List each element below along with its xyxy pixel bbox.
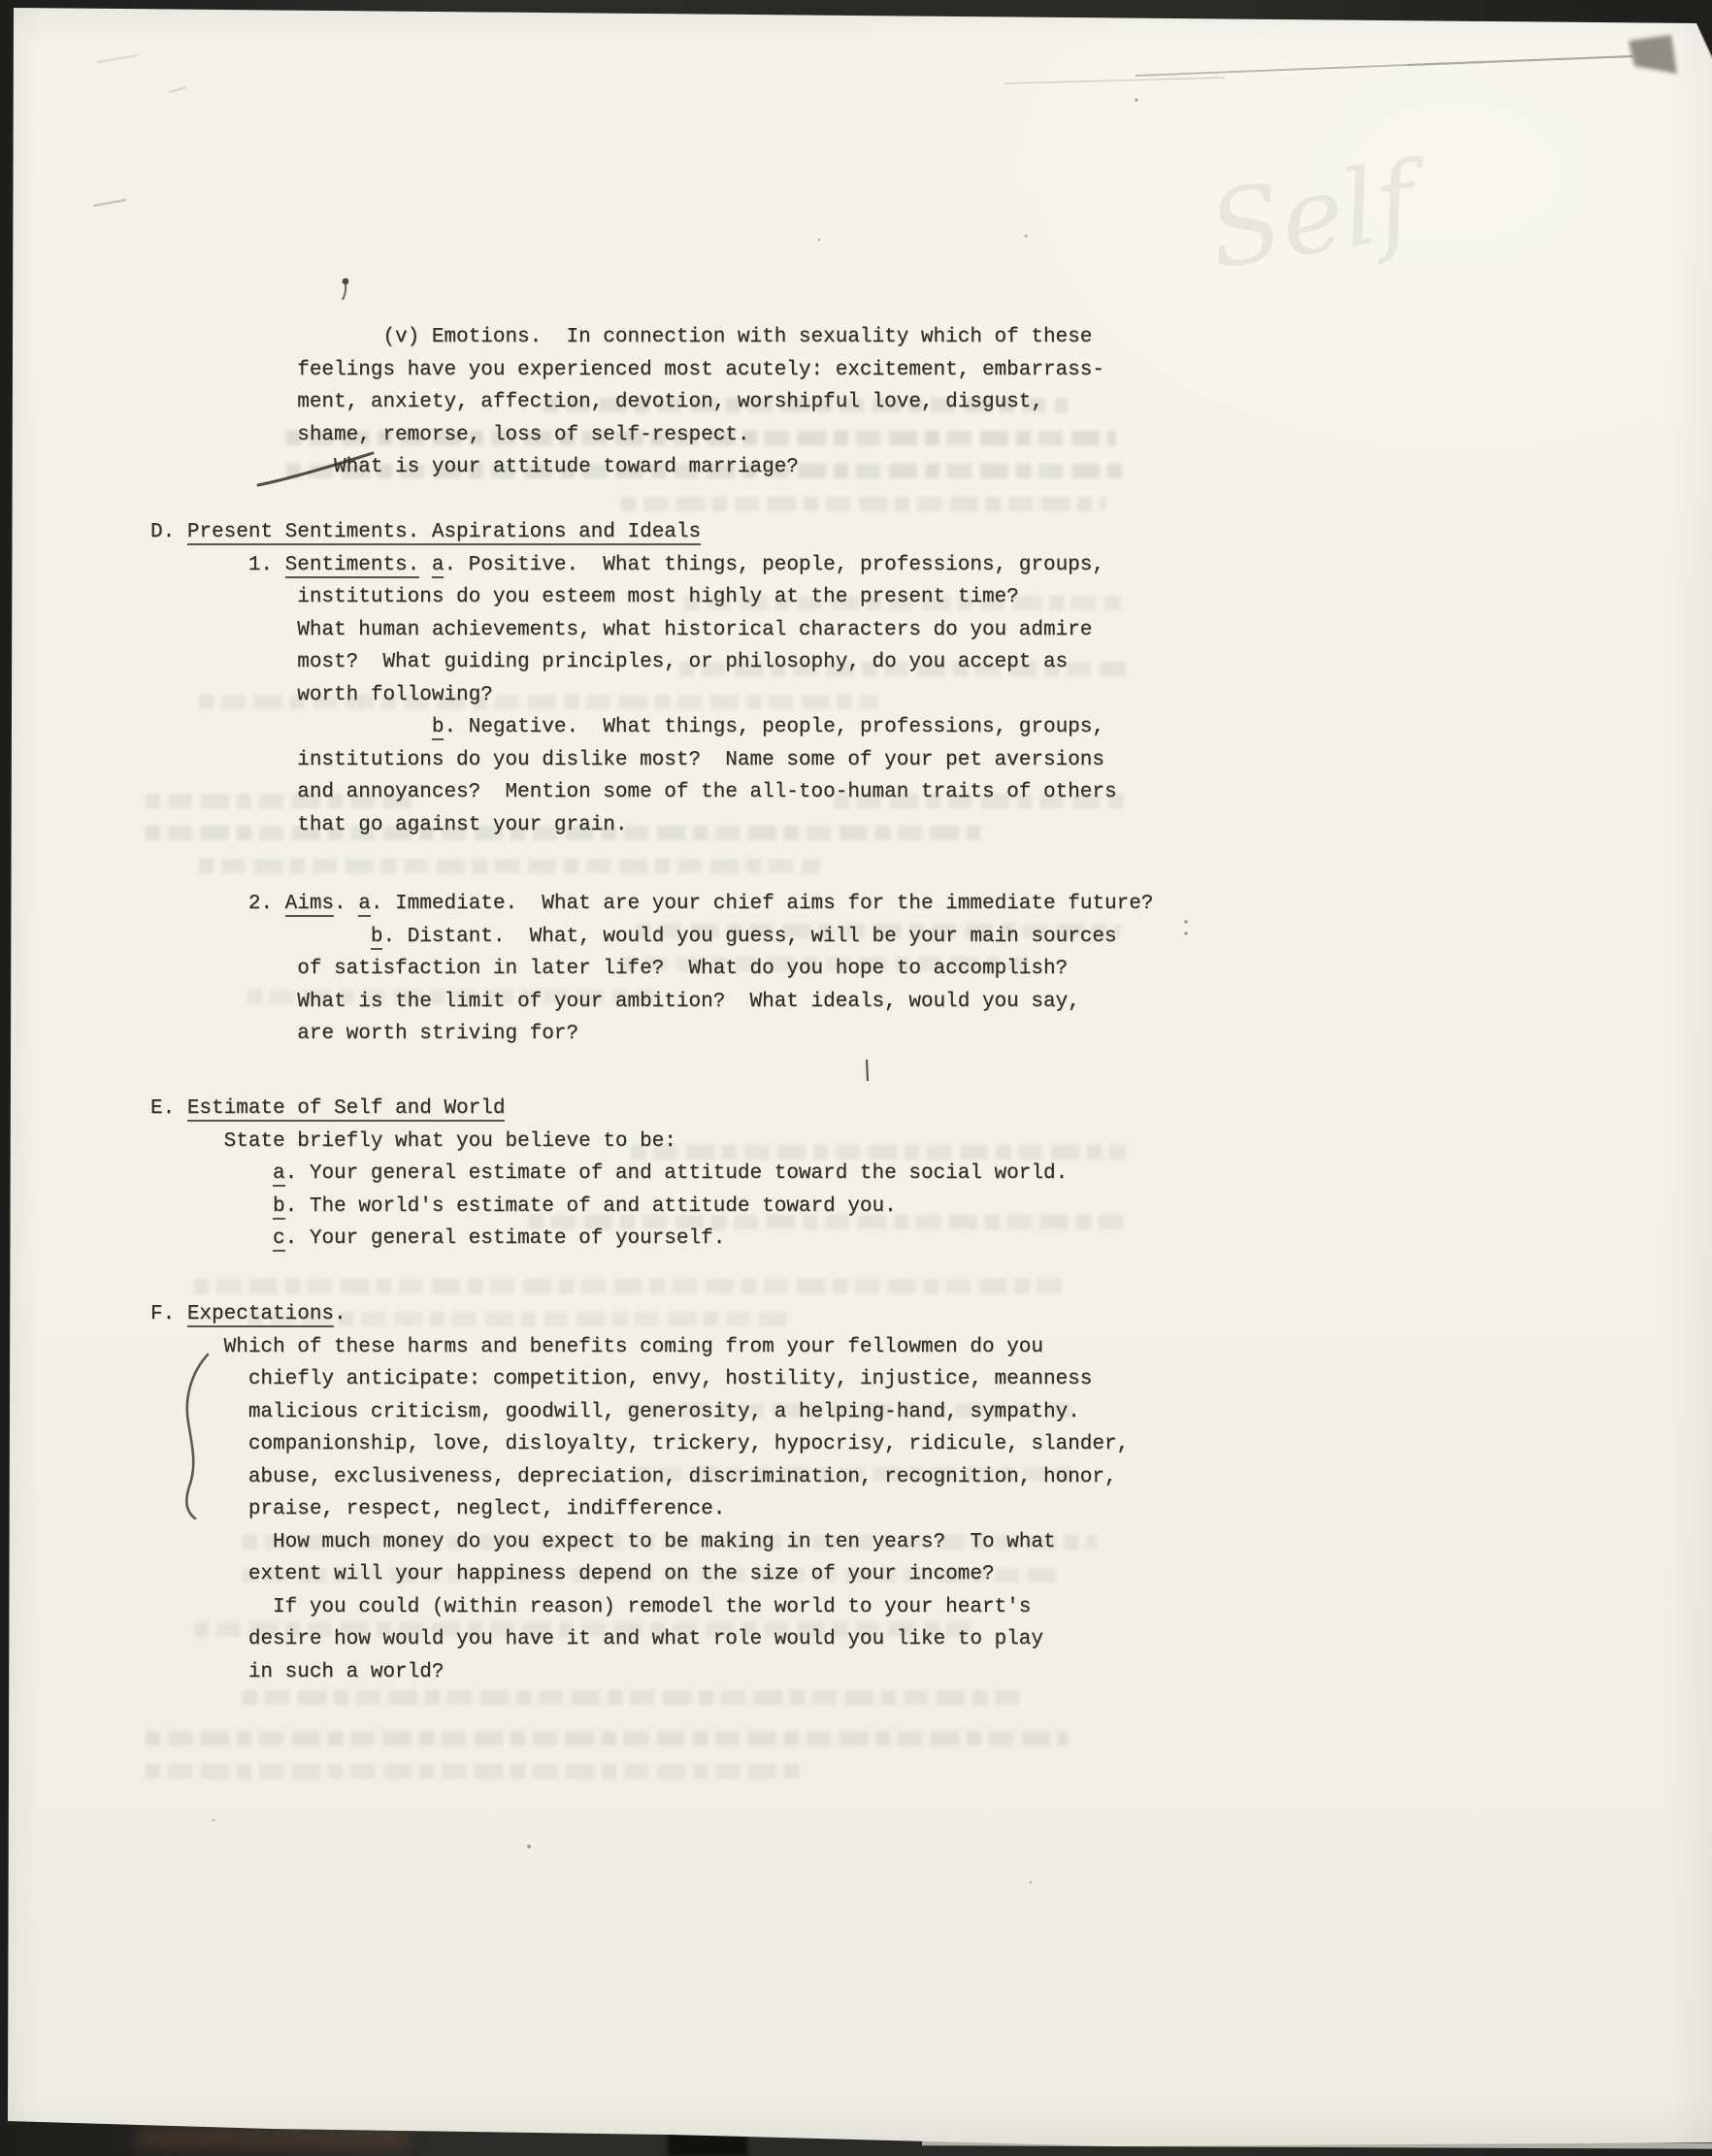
text-segment: How much money do you expect to be makin… [150,1531,1056,1553]
text-segment: Which of these harms and benefits coming… [150,1336,1043,1358]
text-segment [150,926,371,948]
text-line: desire how would you have it and what ro… [150,1623,1129,1656]
section-f-expectations: F. Expectations. Which of these harms an… [150,1298,1129,1688]
text-segment [419,554,432,576]
text-line: b. The world's estimate of and attitude … [150,1191,1068,1224]
text-line: chiefly anticipate: competition, envy, h… [150,1363,1129,1396]
text-line: ment, anxiety, affection, devotion, wors… [150,386,1104,419]
text-line: a. Your general estimate of and attitude… [150,1158,1068,1191]
underlined-text: Aims [285,893,334,917]
section-d-present-sentiments: D. Present Sentiments. Aspirations and I… [150,516,1117,841]
text-segment: and annoyances? Mention some of the all-… [150,781,1117,803]
text-segment: What human achievements, what historical… [150,619,1092,641]
text-segment: . The world's estimate of and attitude t… [285,1195,897,1218]
underlined-text: Estimate of Self and World [187,1097,506,1122]
underlined-text: b [273,1195,285,1220]
text-line: most? What guiding principles, or philos… [150,646,1117,679]
text-line: in such a world? [150,1656,1129,1689]
text-segment: that go against your grain. [150,814,627,836]
text-line: that go against your grain. [150,809,1117,842]
text-line: What is your attitude toward marriage? [150,451,1104,484]
text-segment: of satisfaction in later life? What do y… [150,958,1068,980]
text-segment: are worth striving for? [150,1023,578,1045]
underlined-text: b [432,716,444,740]
text-segment: institutions do you esteem most highly a… [150,586,1019,608]
text-segment: D. [150,521,187,543]
text-line: D. Present Sentiments. Aspirations and I… [150,516,1117,549]
text-segment: in such a world? [150,1661,444,1683]
paragraph-emotions: (v) Emotions. In connection with sexuali… [150,321,1104,484]
underlined-text: Present Sentiments. Aspirations and Idea… [187,521,701,545]
text-segment: . [334,1303,346,1325]
text-segment: E. [150,1097,187,1120]
text-segment [150,1195,273,1218]
text-segment: . Immediate. What are your chief aims fo… [371,893,1154,915]
text-segment: most? What guiding principles, or philos… [150,651,1068,673]
text-line: E. Estimate of Self and World [150,1093,1068,1126]
underlined-text: b [371,926,383,950]
text-line: F. Expectations. [150,1298,1129,1331]
text-line: praise, respect, neglect, indifference. [150,1493,1129,1526]
text-segment: What is your attitude toward marriage? [150,456,799,478]
text-segment: If you could (within reason) remodel the… [150,1596,1031,1618]
text-line: 2. Aims. a. Immediate. What are your chi… [150,888,1153,921]
typewritten-text-layer: (v) Emotions. In connection with sexuali… [0,0,1712,2156]
underlined-text: a [273,1162,285,1187]
text-line: abuse, exclusiveness, depreciation, disc… [150,1461,1129,1494]
text-line: extent will your happiness depend on the… [150,1558,1129,1591]
text-segment: . Negative. What things, people, profess… [444,716,1104,738]
text-segment: . Your general estimate of yourself. [285,1227,726,1250]
text-segment: 2. [150,893,285,915]
text-line: Which of these harms and benefits coming… [150,1331,1129,1364]
text-segment: institutions do you dislike most? Name s… [150,749,1104,771]
text-segment [150,1162,273,1185]
scanned-document-page: { "page": { "kind": "scanned typewritten… [0,0,1712,2156]
text-line: are worth striving for? [150,1018,1153,1051]
text-line: feelings have you experienced most acute… [150,354,1104,387]
text-line: What human achievements, what historical… [150,614,1117,647]
text-segment: . Your general estimate of and attitude … [285,1162,1069,1185]
text-segment: . [334,893,358,915]
text-line: shame, remorse, loss of self-respect. [150,419,1104,452]
paper-sheet: (v) Emotions. In connection with sexuali… [0,0,1712,2156]
text-line: worth following? [150,679,1117,712]
text-line: What is the limit of your ambition? What… [150,986,1153,1019]
text-segment: ment, anxiety, affection, devotion, wors… [150,391,1043,413]
text-segment: (v) Emotions. In connection with sexuali… [150,326,1092,348]
text-segment [150,716,432,738]
underlined-text: Sentiments. [285,554,420,578]
text-line: How much money do you expect to be makin… [150,1526,1129,1559]
text-segment: desire how would you have it and what ro… [150,1628,1043,1650]
text-segment: extent will your happiness depend on the… [150,1563,995,1585]
text-segment: State briefly what you believe to be: [150,1130,676,1153]
text-segment: feelings have you experienced most acute… [150,359,1104,381]
text-segment: chiefly anticipate: competition, envy, h… [150,1368,1092,1390]
text-line: institutions do you esteem most highly a… [150,581,1117,614]
text-line: State briefly what you believe to be: [150,1126,1068,1159]
text-segment: worth following? [150,684,493,706]
text-segment: praise, respect, neglect, indifference. [150,1498,725,1520]
section-e-estimate-of-self-and-world: E. Estimate of Self and World State brie… [150,1093,1068,1256]
text-segment: companionship, love, disloyalty, tricker… [150,1433,1129,1455]
text-line: If you could (within reason) remodel the… [150,1591,1129,1624]
text-line: of satisfaction in later life? What do y… [150,953,1153,986]
text-line: companionship, love, disloyalty, tricker… [150,1428,1129,1461]
underlined-text: a [358,893,371,917]
section-d-aims: 2. Aims. a. Immediate. What are your chi… [150,888,1153,1051]
text-line: c. Your general estimate of yourself. [150,1223,1068,1256]
text-segment: F. [150,1303,187,1325]
text-segment: . Distant. What, would you guess, will b… [382,926,1116,948]
text-segment: 1. [150,554,285,576]
text-line: b. Negative. What things, people, profes… [150,711,1117,744]
text-line: b. Distant. What, would you guess, will … [150,921,1153,954]
text-segment: . Positive. What things, people, profess… [444,554,1104,576]
text-segment: malicious criticism, goodwill, generosit… [150,1401,1080,1423]
text-line: malicious criticism, goodwill, generosit… [150,1396,1129,1429]
text-segment [150,1227,273,1250]
text-segment: What is the limit of your ambition? What… [150,991,1080,1013]
text-line: and annoyances? Mention some of the all-… [150,776,1117,809]
text-segment: shame, remorse, loss of self-respect. [150,424,750,446]
text-line: 1. Sentiments. a. Positive. What things,… [150,549,1117,582]
text-segment: abuse, exclusiveness, depreciation, disc… [150,1466,1117,1488]
underlined-text: Expectations [187,1303,334,1327]
underlined-text: a [432,554,444,578]
text-line: (v) Emotions. In connection with sexuali… [150,321,1104,354]
underlined-text: c [273,1227,285,1252]
text-line: institutions do you dislike most? Name s… [150,744,1117,777]
